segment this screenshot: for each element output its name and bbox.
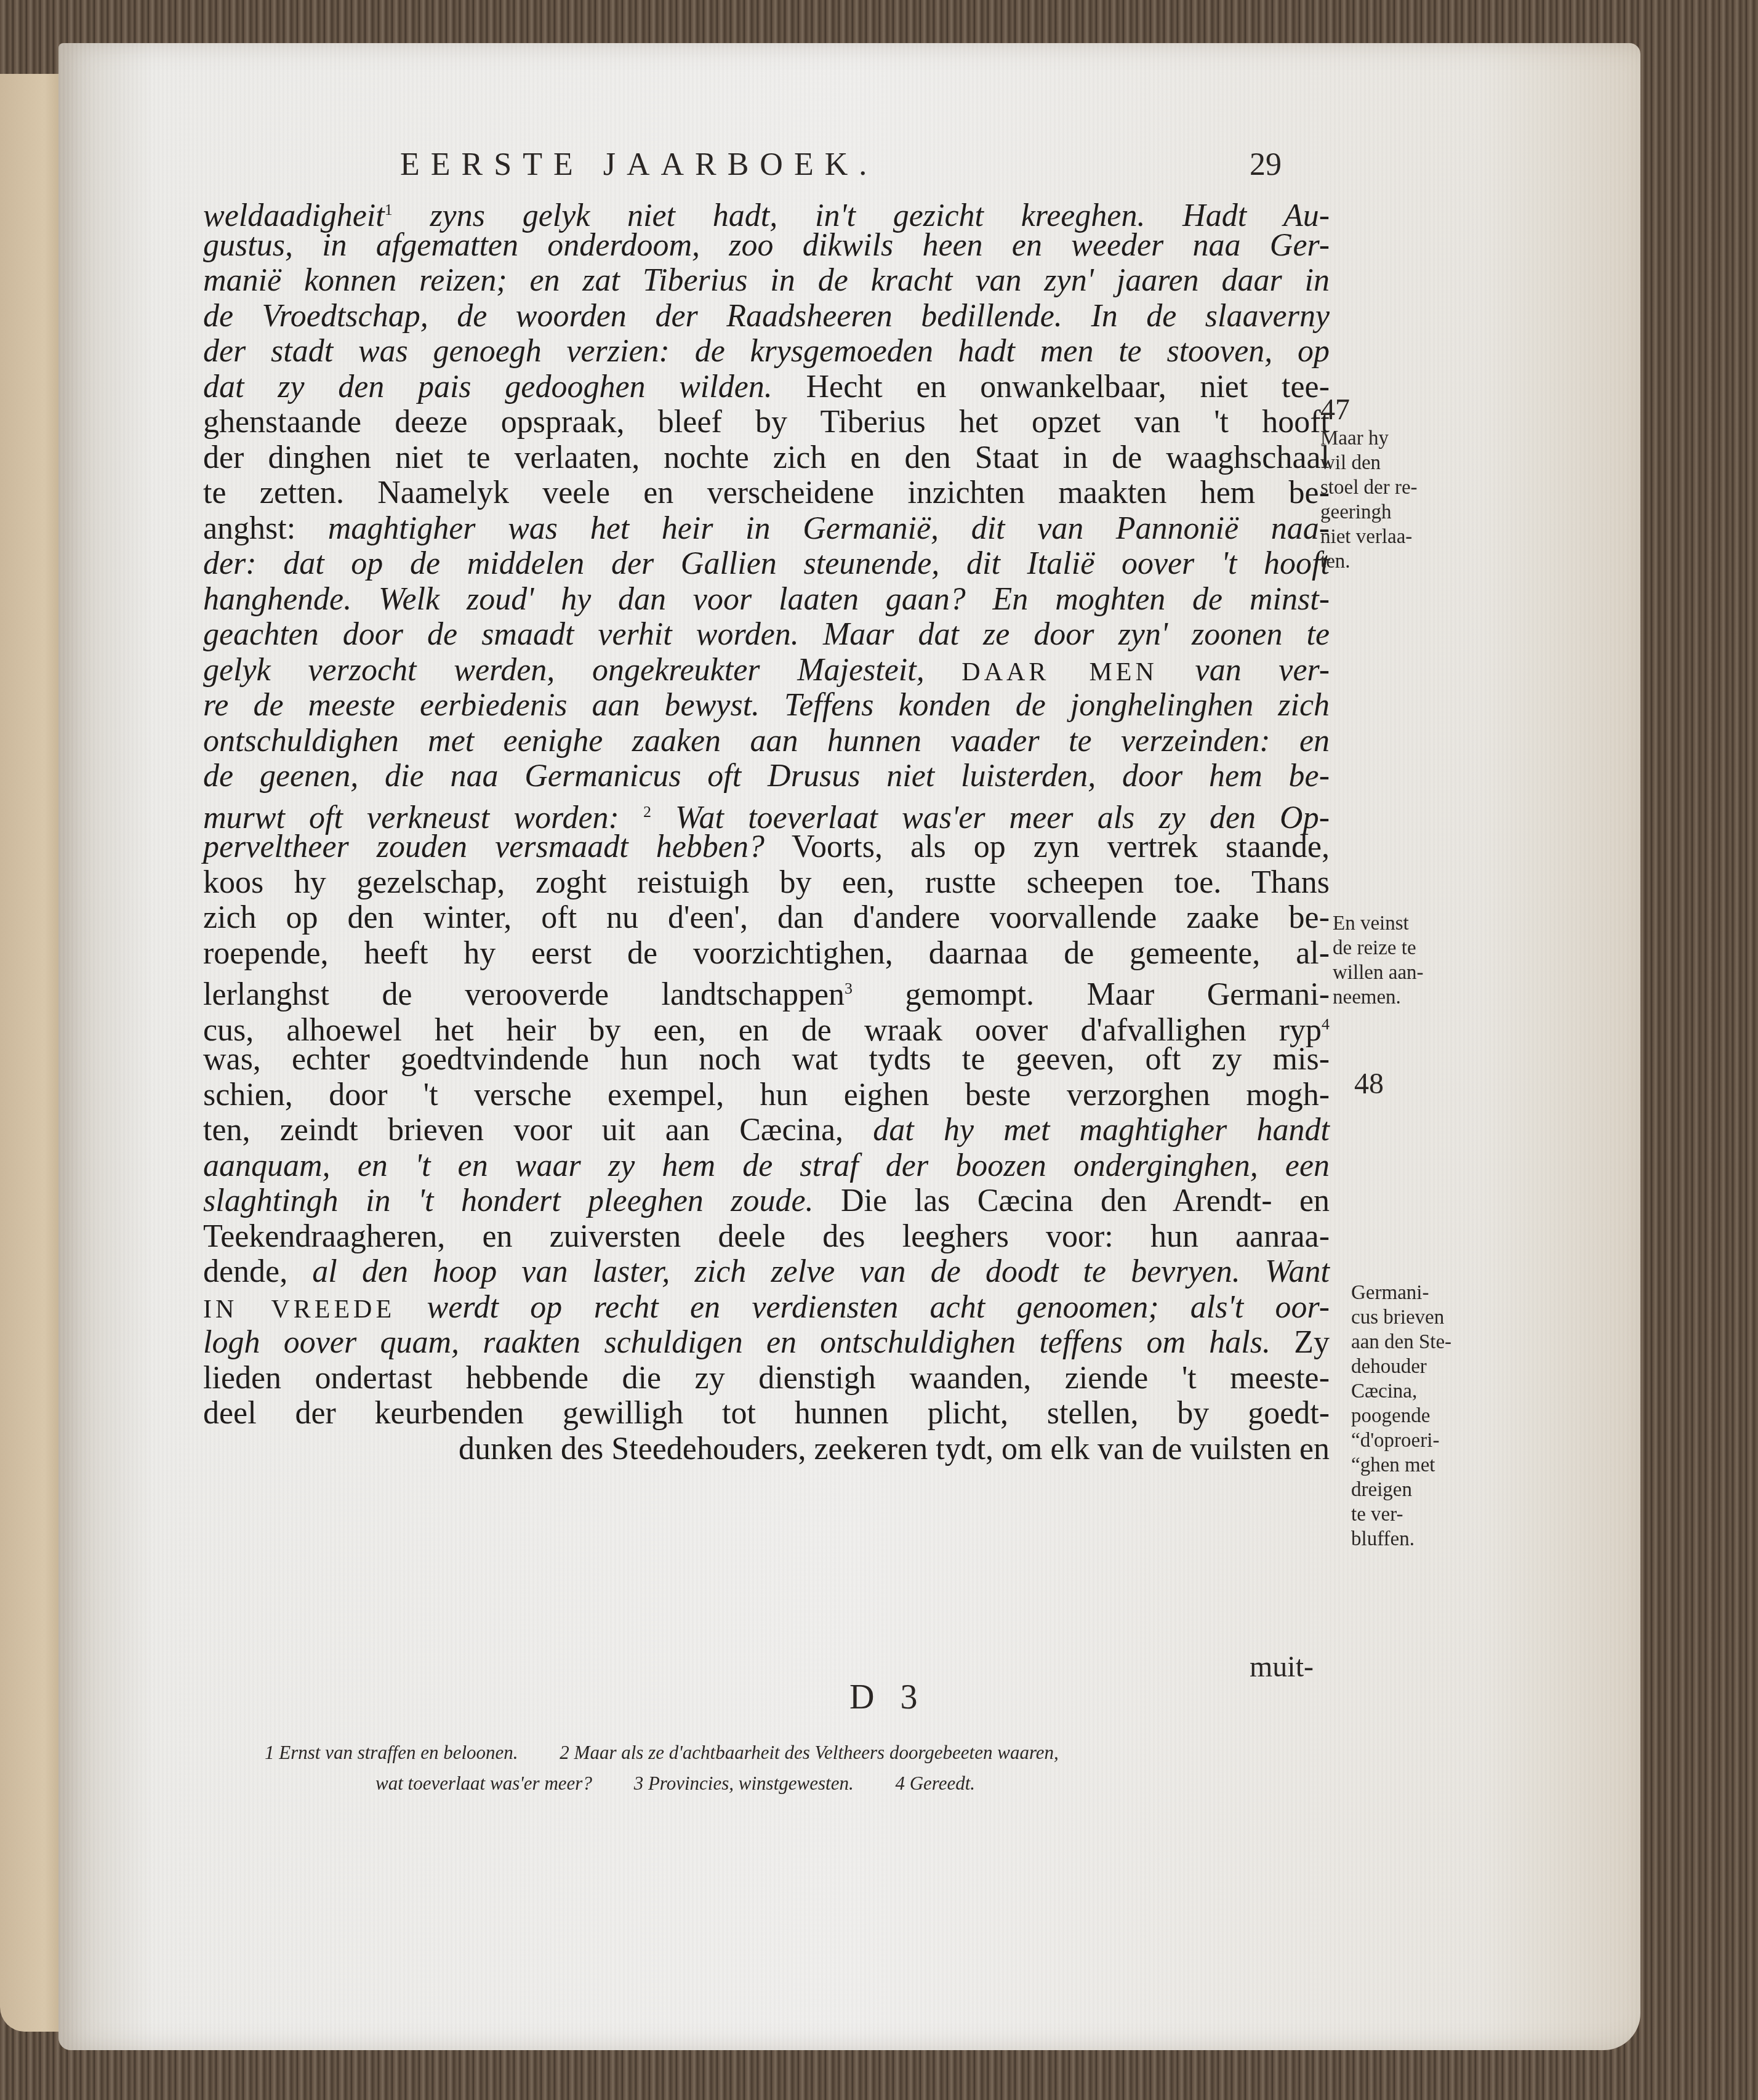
text-line: perveltheer zouden versmaadt hebben? Voo… [203,829,1330,865]
text-line: re de meeste eerbiedenis aan bewyst. Tef… [203,688,1330,723]
margin-note-47: 47 Maar hy wil den stoel der re- geering… [1320,394,1418,574]
body-text: weldaadigheit1 zyns gelyk niet hadt, in'… [203,192,1330,1466]
text-line: gelyk verzocht werden, ongekreukter Maje… [203,653,1330,688]
footnote-1: 1 Ernst van straffen en beloonen. [265,1737,518,1768]
margin-line: geeringh [1320,500,1418,525]
text-line: ten, zeindt brieven voor uit aan Cæcina,… [203,1112,1330,1148]
margin-line: cus brieven [1351,1305,1451,1330]
footnotes: 1 Ernst van straffen en beloonen. 2 Maar… [265,1737,1342,1799]
signature-mark: D 3 [849,1678,926,1717]
margin-line: ten. [1320,549,1418,574]
catchword: muit- [1250,1650,1314,1684]
text-line: lieden ondertast hebbende die zy diensti… [203,1361,1330,1396]
text-line: deel der keurbenden gewilligh tot hunnen… [203,1396,1330,1431]
margin-line: te ver- [1351,1502,1451,1527]
footnote-2-cont: wat toeverlaat was'er meer? [375,1768,592,1799]
text-line: schien, door 't versche exempel, hun eig… [203,1077,1330,1113]
margin-line: Cæcina, [1351,1379,1451,1404]
margin-line: stoel der re- [1320,475,1418,500]
margin-line: willen aan- [1333,960,1424,985]
text-line: dunken des Steedehouders, zeekeren tydt,… [203,1431,1330,1467]
text-line: IN VREEDE werdt op recht en verdiensten … [203,1290,1330,1326]
margin-line: “d'oproeri- [1351,1428,1451,1453]
text-line: anghst: maghtigher was het heir in Germa… [203,511,1330,547]
text-line: zich op den winter, oft nu d'een', dan d… [203,900,1330,936]
margin-line: poogende [1351,1404,1451,1428]
margin-line: Germani- [1351,1281,1451,1305]
text-line: der stadt was genoegh verzien: de krysge… [203,334,1330,369]
text-line: logh oover quam, raakten schuldigen en o… [203,1325,1330,1361]
text-line: lerlanghst de verooverde landtschappen3 … [203,971,1330,1007]
margin-line: Maar hy [1320,426,1418,451]
footnote-4: 4 Gereedt. [895,1768,975,1799]
text-line: ontschuldighen met eenighe zaaken aan hu… [203,723,1330,759]
margin-note-germanicus: Germani- cus brieven aan den Ste- dehoud… [1351,1281,1451,1551]
text-line: der: dat op de middelen der Gallien steu… [203,546,1330,582]
text-line: gustus, in afgematten onderdoom, zoo dik… [203,228,1330,264]
text-line: aanquam, en 't en waar zy hem de straf d… [203,1148,1330,1184]
text-line: slaghtingh in 't hondert pleeghen zoude.… [203,1183,1330,1219]
text-line: de geenen, die naa Germanicus oft Drusus… [203,758,1330,794]
text-line: manië konnen reizen; en zat Tiberius in … [203,263,1330,299]
margin-line: dreigen [1351,1478,1451,1502]
margin-line: “ghen met [1351,1453,1451,1478]
text-line: te zetten. Naamelyk veele en verscheiden… [203,475,1330,511]
margin-line: En veinst [1333,911,1424,936]
footnote-3: 3 Provincies, winstgewesten. [634,1768,854,1799]
text-line: dat zy den pais gedooghen wilden. Hecht … [203,369,1330,405]
text-line: hanghende. Welk zoud' hy dan voor laaten… [203,582,1330,618]
footnote-2: 2 Maar als ze d'achtbaarheit des Velthee… [560,1737,1059,1768]
text-line: roepende, heeft hy eerst de voorzichtigh… [203,936,1330,972]
paragraph-number: 48 [1354,1068,1384,1100]
text-line: murwt oft verkneust worden: 2 Wat toever… [203,794,1330,830]
page-number: 29 [1250,147,1282,183]
paragraph-number: 47 [1320,394,1418,426]
text-line: der dinghen niet te verlaaten, nochte zi… [203,440,1330,476]
margin-line: bluffen. [1351,1527,1451,1551]
margin-line: neemen. [1333,985,1424,1010]
text-line: dende, al den hoop van laster, zich zelv… [203,1254,1330,1290]
margin-line: wil den [1320,451,1418,475]
text-line: was, echter goedtvindende hun noch wat t… [203,1042,1330,1077]
text-line: geachten door de smaadt verhit worden. M… [203,617,1330,653]
text-line: koos hy gezelschap, zoght reistuigh by e… [203,865,1330,901]
text-line: ghenstaande deeze opspraak, bleef by Tib… [203,404,1330,440]
running-head: EERSTE JAARBOEK. [400,147,1293,183]
margin-line: de reize te [1333,936,1424,960]
margin-line: aan den Ste- [1351,1330,1451,1354]
margin-note-48: 48 [1354,1068,1384,1100]
margin-line: dehouder [1351,1354,1451,1379]
margin-line: niet verlaa- [1320,525,1418,549]
text-line: cus, alhoewel het heir by een, en de wra… [203,1007,1330,1042]
margin-note-reize: En veinst de reize te willen aan- neemen… [1333,911,1424,1010]
text-line: weldaadigheit1 zyns gelyk niet hadt, in'… [203,192,1330,228]
text-line: de Vroedtschap, de woorden der Raadsheer… [203,299,1330,334]
text-line: Teekendraagheren, en zuiversten deele de… [203,1219,1330,1255]
